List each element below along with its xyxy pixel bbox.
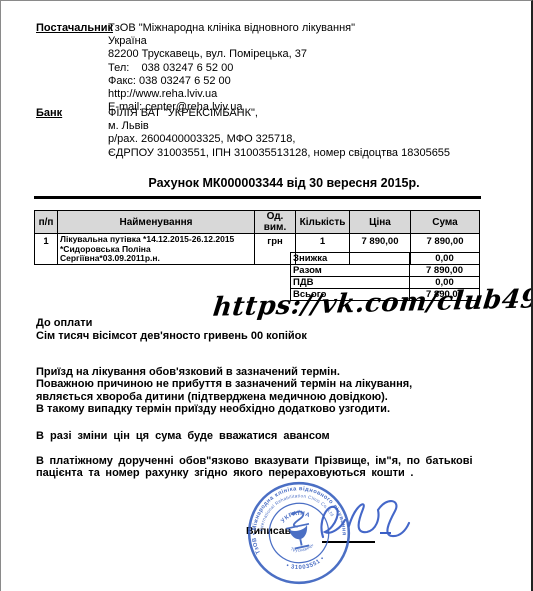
discount-label: Знижка [291,253,410,265]
amount-due: До оплати Сім тисяч вісімсот дев'яносто … [36,317,307,343]
col-sum: Сума [411,211,480,234]
stamp-city: Трускавець [289,541,316,555]
bank-info: ФІЛІЯ ВАТ "УКРЕКСІМБАНК", м. Львів р/рах… [108,107,450,160]
bank-codes: ЄДРПОУ 31003551, ІПН 310035513128, номер… [108,147,450,160]
stamp-outer-text: ТзОВ • Міжнародна клініка відновного лік… [246,480,348,555]
bank-name: ФІЛІЯ ВАТ "УКРЕКСІМБАНК", [108,107,450,120]
svg-text:Трускавець: Трускавець [289,541,316,555]
subtotal-value: 7 890,00 [410,265,480,277]
amount-in-words: Сім тисяч вісімсот дев'яносто гривень 00… [36,330,307,343]
col-name: Найменування [58,211,255,234]
col-unit: Од. вим. [255,211,296,234]
bank-city: м. Львів [108,120,450,133]
supplier-website: http://www.reha.lviv.ua [108,88,355,101]
discount-value: 0,00 [410,253,480,265]
stamp-code: • 31003551 • [284,555,327,575]
subtotal-label: Разом [291,265,410,277]
payment-order-note: В платіжному дорученні обов"язково вказу… [36,455,488,480]
item-num: 1 [35,234,58,265]
supplier-info: ТзОВ "Міжнародна клініка відновного ліку… [108,22,355,114]
invoice-title: Рахунок МК000003344 від 30 вересня 2015р… [34,176,533,190]
summary-row: Знижка 0,00 [291,253,480,265]
item-name: Лікувальна путівка *14.12.2015-26.12.201… [58,234,255,265]
supplier-country: Україна [108,35,355,48]
vat-label: ПДВ [291,277,410,289]
col-price: Ціна [350,211,411,234]
col-num: п/п [35,211,58,234]
bank-account: р/рах. 2600400003325, МФО 325718, [108,133,450,146]
bank-label: Банк [36,107,62,119]
summary-row: Разом 7 890,00 [291,265,480,277]
supplier-address: 82200 Трускавець, вул. Помірецька, 37 [108,48,355,61]
svg-text:• 31003551 •: • 31003551 • [284,555,327,575]
supplier-label: Постачальник [36,22,113,34]
supplier-phone: Тел: 038 03247 6 52 00 [108,62,355,75]
supplier-name: ТзОВ "Міжнародна клініка відновного ліку… [108,22,355,35]
advance-note: В разі зміни цін ця сума буде вважатися … [36,430,330,442]
clinic-round-stamp: ТзОВ • Міжнародна клініка відновного лік… [246,480,352,586]
title-divider [34,196,481,199]
col-qty: Кількість [296,211,350,234]
supplier-fax: Факс: 038 03247 6 52 00 [108,75,355,88]
arrival-note: Приїзд на лікування обов'язковий в зазна… [36,366,412,415]
items-header-row: п/п Найменування Од. вим. Кількість Ціна… [35,211,480,234]
svg-text:ТзОВ • Міжнародна клініка відн: ТзОВ • Міжнародна клініка відновного лік… [246,480,348,555]
amount-due-label: До оплати [36,317,307,330]
invoice-page: Постачальник ТзОВ "Міжнародна клініка ві… [0,0,533,591]
